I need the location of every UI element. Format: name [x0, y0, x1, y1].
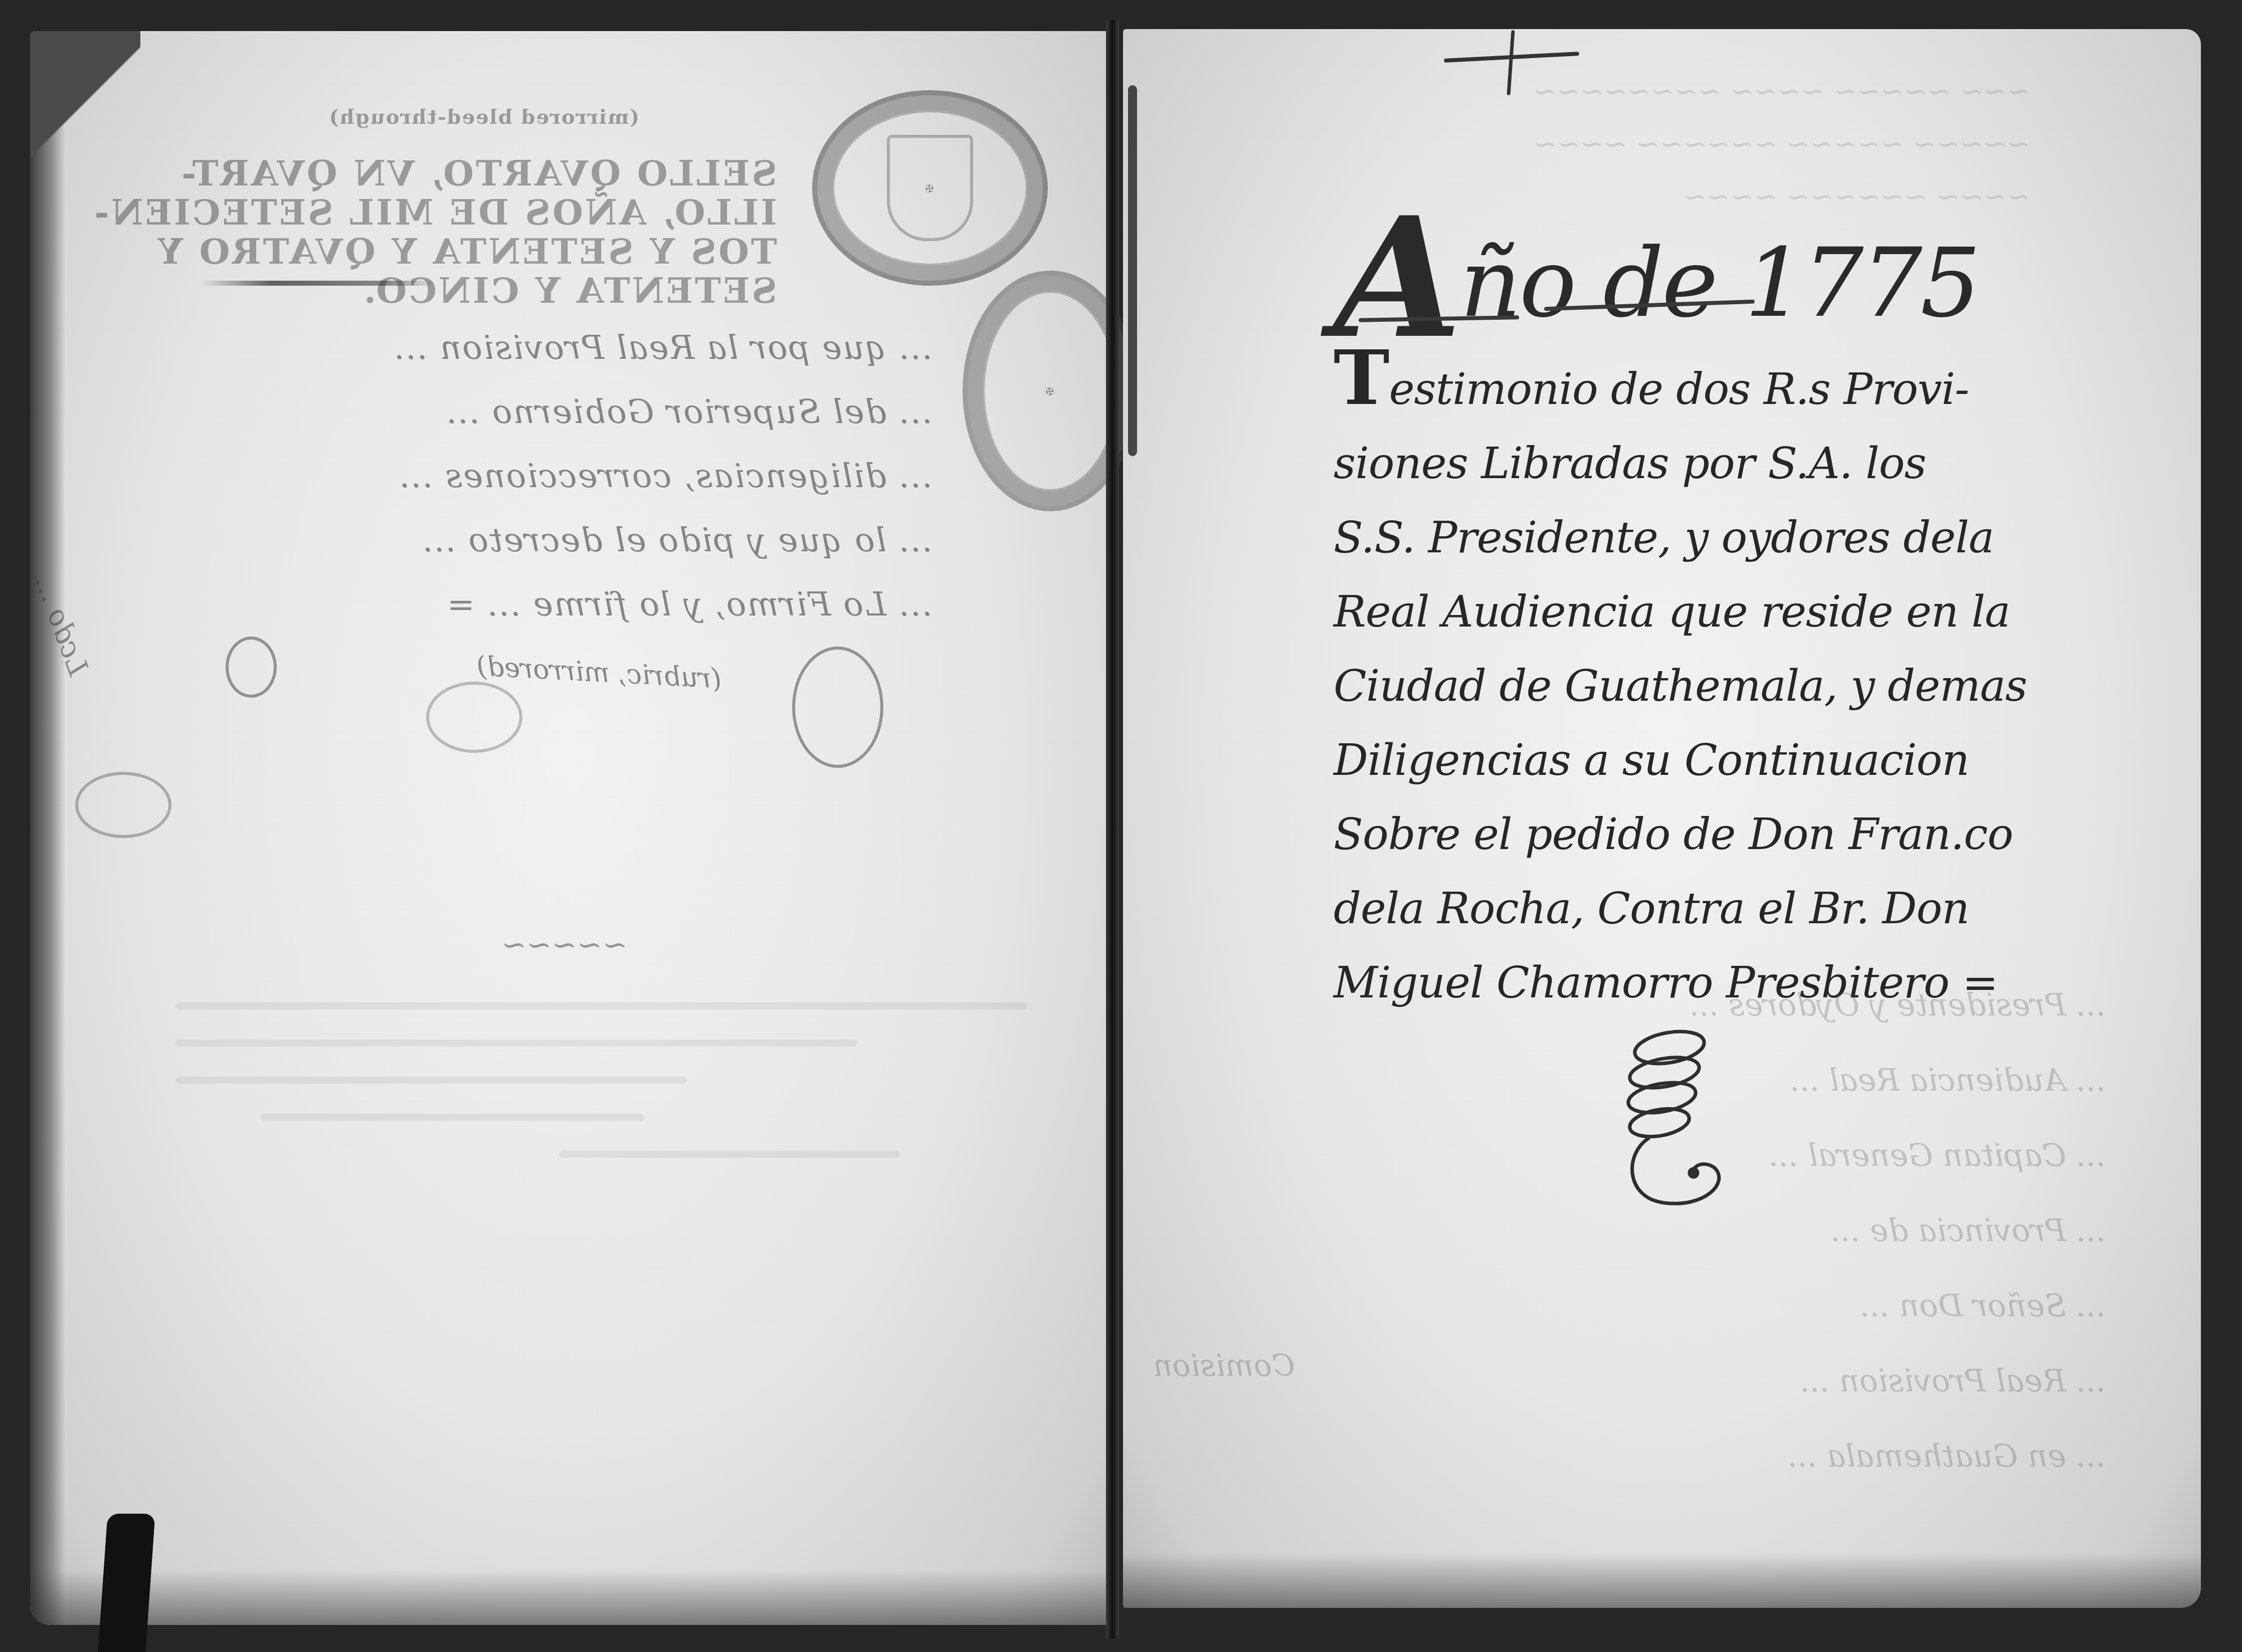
bottom-shadow [1123, 1553, 2201, 1608]
bleed-line: ... del Superior Gobierno ... [80, 380, 932, 444]
text-line: Real Audiencia que reside en la [1334, 575, 2136, 649]
left-bleed-text: ... que por la Real Provision ... ... de… [80, 316, 932, 637]
title-rest: ño de 1775 [1460, 228, 1979, 338]
bottom-shadow [30, 1570, 1108, 1625]
right-bleed-text: ... Presidente y Oydores ... ... Audienc… [1329, 967, 2106, 1494]
bleed-line: ... Lo Firmo, y lo firme ... = [80, 572, 932, 637]
bleed-line: ... que por la Real Provision ... [80, 316, 932, 380]
text-line: Diligencias a su Continuacion [1334, 723, 2136, 797]
page-edge [30, 31, 65, 1625]
bleed-line: ... lo que y pido el decreto ... [80, 508, 932, 572]
text-line: dela Rocha, Contra el Br. Don [1334, 872, 2136, 946]
text-line: Sobre el pedido de Don Fran.co [1334, 797, 2136, 872]
heart-mark-icon [226, 637, 277, 698]
margin-flourish-icon [75, 772, 171, 838]
text-line: Testimonio de dos R.s Provi- [1334, 341, 2136, 427]
stamp-line: ILLO, AÑOS DE MIL SETECIEN- [191, 193, 777, 232]
stamp-paper-header: (mirrored bleed-through) SELLO QVARTO, V… [191, 105, 777, 310]
rubric-loop-icon [426, 682, 522, 753]
bleed-line: ... diligencias, correcciones ... [80, 444, 932, 508]
lower-bleed-word: ~~~~~ [501, 927, 627, 962]
book-spine [1106, 20, 1119, 1639]
scan-background: (mirrored bleed-through) SELLO QVARTO, V… [0, 0, 2242, 1652]
text-line: siones Libradas por S.A. los [1334, 427, 2136, 501]
margin-bleed-word: Comision [1153, 1348, 1295, 1383]
stamp-line: SELLO QVARTO, VN QVART- [191, 154, 777, 193]
royal-seal-icon: ✠ [812, 90, 1048, 286]
text-line: Ciudad de Guathemala, y demas [1334, 649, 2136, 723]
signature-loop-icon [792, 647, 883, 768]
stamp-line: TOS Y SETENTA Y QVATRO Y [191, 232, 777, 271]
stamp-small-heading: (mirrored bleed-through) [191, 105, 777, 129]
stamp-rule [201, 281, 436, 286]
gutter-shadow [1128, 85, 1137, 456]
stamp-line: SETENTA Y CINCO. [191, 271, 777, 310]
text-line: S.S. Presidente, y oydores dela [1334, 501, 2136, 575]
binding-clip [98, 1514, 155, 1652]
faint-bleed-lines [175, 1002, 1028, 1188]
title-block: Testimonio de dos R.s Provi- siones Libr… [1334, 341, 2136, 1020]
folded-corner [30, 31, 140, 181]
page-title: Año de 1775 [1334, 160, 1979, 355]
